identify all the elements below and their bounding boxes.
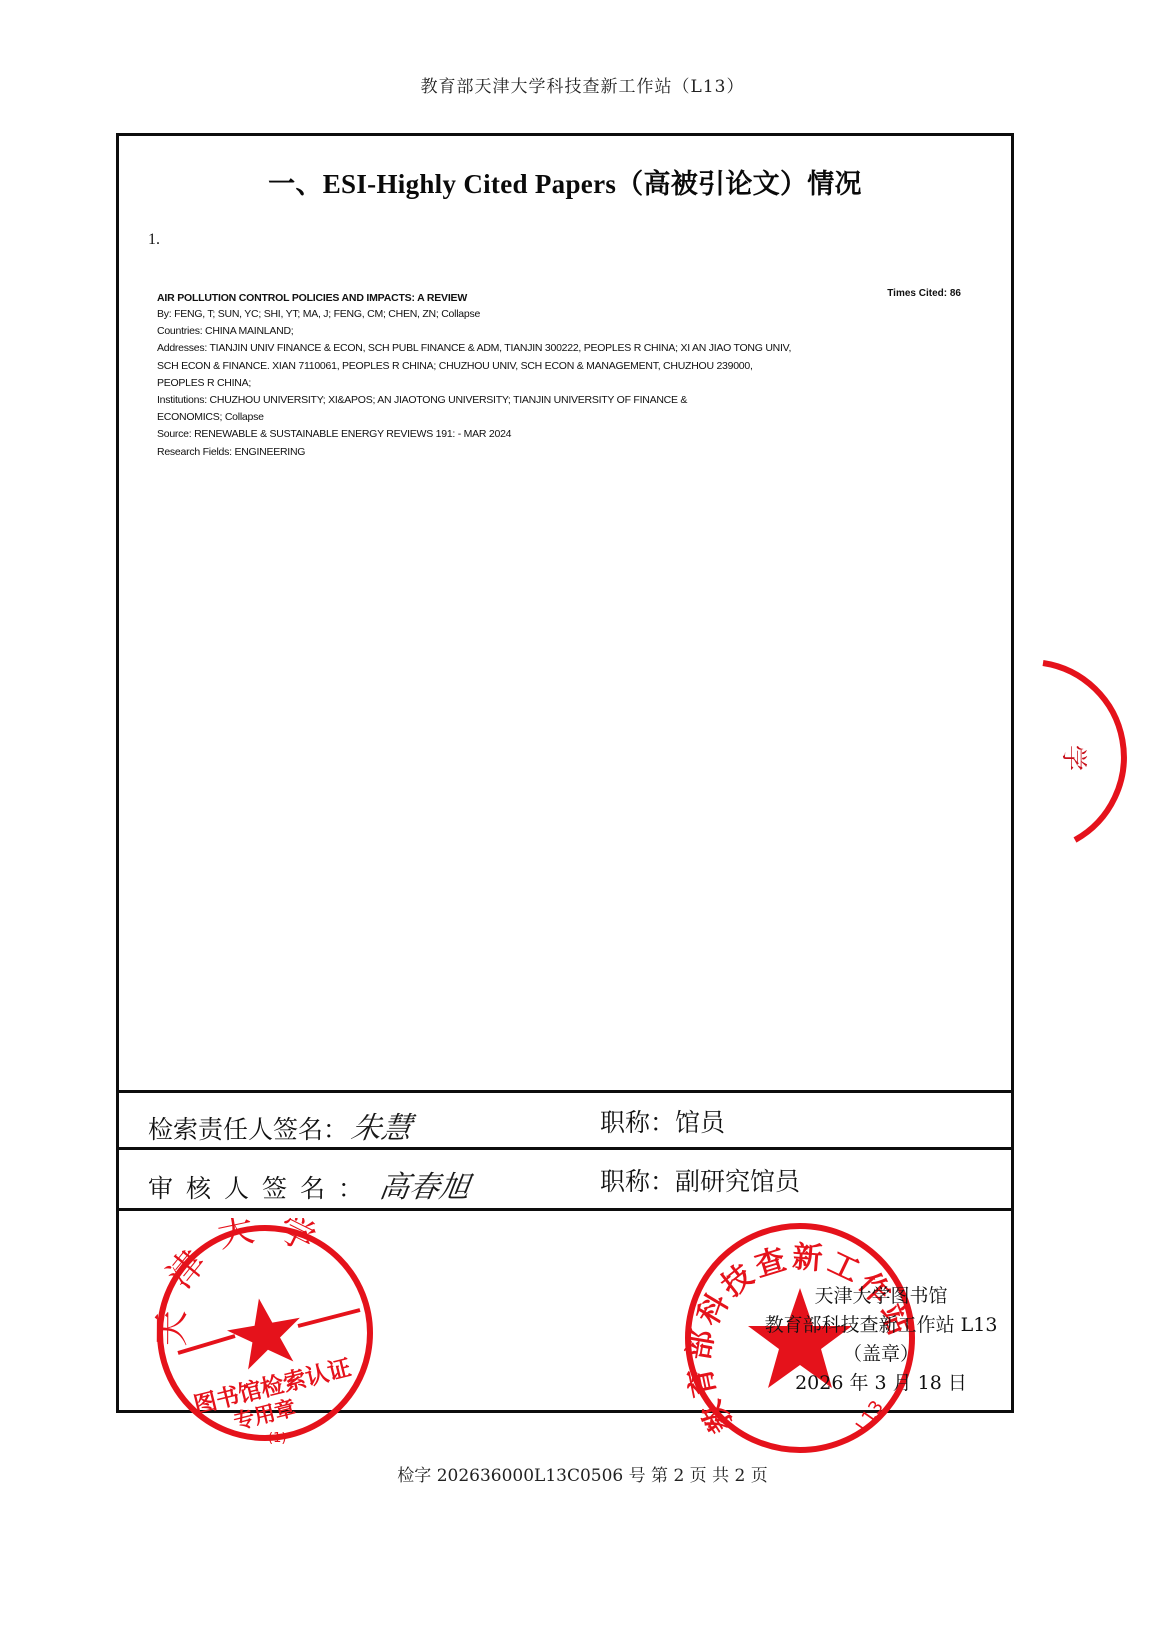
seal-number: (1) <box>268 1431 286 1446</box>
edge-seal-fragment: 学 <box>1035 655 1165 855</box>
divider <box>116 1208 1014 1211</box>
record-source: Source: RENEWABLE & SUSTAINABLE ENERGY R… <box>157 426 967 443</box>
searcher-title-label: 职称： <box>600 1108 675 1137</box>
reviewer-label: 审核人签名： <box>148 1169 376 1205</box>
paper-title: AIR POLLUTION CONTROL POLICIES AND IMPAC… <box>157 292 467 304</box>
divider <box>116 1147 1014 1150</box>
issuer-stamp-block: 天津大学图书馆 教育部科技查新工作站 L13 （盖章） 2026 年 3 月 1… <box>746 1282 1016 1398</box>
svg-text:天津大学: 天津大学 <box>151 1218 337 1347</box>
times-cited-value: 86 <box>950 288 961 299</box>
reviewer-signature: 高春旭 <box>377 1162 473 1206</box>
times-cited-label: Times Cited: <box>887 288 947 299</box>
seal-code: L13 <box>852 1397 888 1436</box>
issuer-line-2: 教育部科技查新工作站 L13 <box>746 1311 1016 1340</box>
record-research-fields: Research Fields: ENGINEERING <box>157 444 967 461</box>
searcher-signature-row: 检索责任人签名：朱慧 <box>148 1103 412 1147</box>
library-certification-seal: 天津大学 图书馆检索认证 专用章 (1) <box>150 1218 380 1448</box>
record-addresses: Addresses: TIANJIN UNIV FINANCE & ECON, … <box>157 340 967 357</box>
times-cited: Times Cited: 86 <box>887 288 961 299</box>
citation-record: AIR POLLUTION CONTROL POLICIES AND IMPAC… <box>157 288 967 461</box>
divider <box>116 1090 1014 1093</box>
reviewer-title-label: 职称： <box>600 1167 675 1196</box>
issuer-line-1: 天津大学图书馆 <box>746 1282 1016 1311</box>
record-institutions: Institutions: CHUZHOU UNIVERSITY; XI&APO… <box>157 392 967 409</box>
record-addresses-cont: SCH ECON & FINANCE. XIAN 7110061, PEOPLE… <box>157 358 967 375</box>
issuer-line-3: （盖章） <box>746 1340 1016 1369</box>
record-authors: By: FENG, T; SUN, YC; SHI, YT; MA, J; FE… <box>157 306 967 323</box>
record-addresses-cont: PEOPLES R CHINA; <box>157 375 967 392</box>
reviewer-signature-row: 审核人签名：高春旭 <box>148 1162 470 1206</box>
searcher-title-value: 馆员 <box>675 1108 725 1137</box>
star-icon <box>222 1292 307 1372</box>
item-number: 1. <box>148 231 160 249</box>
section-title: 一、ESI-Highly Cited Papers（高被引论文）情况 <box>116 162 1014 201</box>
reviewer-title: 职称：副研究馆员 <box>600 1162 800 1198</box>
svg-text:学: 学 <box>1058 745 1088 771</box>
record-institutions-cont: ECONOMICS; Collapse <box>157 409 967 426</box>
station-header: 教育部天津大学科技查新工作站（L13） <box>0 72 1165 97</box>
searcher-signature: 朱慧 <box>349 1103 415 1147</box>
seal-top-text: 天津大学 <box>151 1218 337 1347</box>
searcher-title: 职称：馆员 <box>600 1103 725 1139</box>
issue-date: 2026 年 3 月 18 日 <box>746 1369 1016 1398</box>
record-countries: Countries: CHINA MAINLAND; <box>157 323 967 340</box>
reviewer-title-value: 副研究馆员 <box>675 1167 800 1196</box>
document-footer: 检字 202636000L13C0506 号 第 2 页 共 2 页 <box>0 1461 1165 1486</box>
searcher-label: 检索责任人签名： <box>148 1110 348 1146</box>
